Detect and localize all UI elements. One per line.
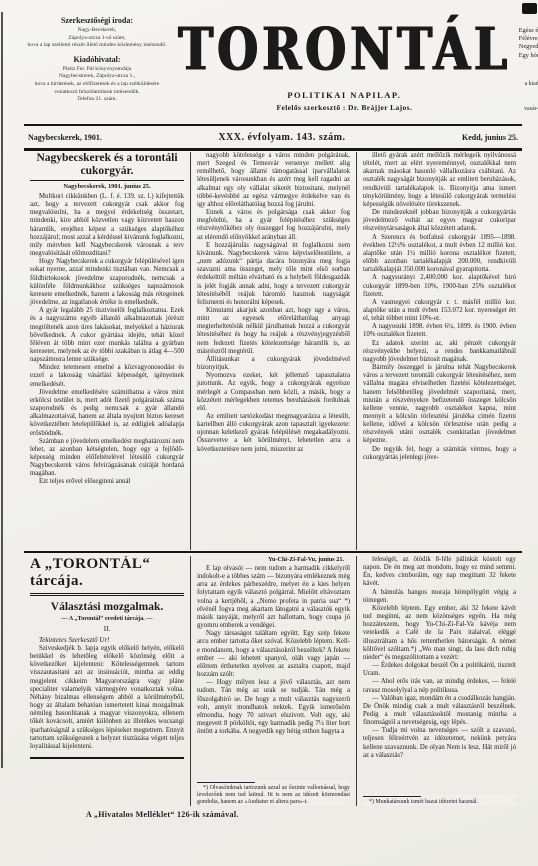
subscription-block: Előfizetési árak: Egész évre 24 kor. Fél…	[519, 8, 538, 122]
feuilleton-subtitle: — A „Torontál“ eredeti tárcája. —	[30, 615, 184, 622]
paragraph: Nagy-Becskerek,	[24, 27, 170, 35]
paragraph: illető gyárak azért mellőzik mérlegeik n…	[363, 152, 516, 209]
paragraph: De tegyük fel, hogy a számitás vérmes, h…	[363, 446, 516, 462]
paragraph: — Hogy milyen lesz a jövő választás, azt…	[197, 679, 350, 736]
paragraph: E hozzájárulás nagyságával itt foglalkoz…	[197, 242, 350, 307]
feuilleton-col2: Yu-Chi-Zi-Fal-Vu, junius 21. E lap olvas…	[190, 556, 356, 806]
paragraph: Kimutatni akarjuk azonban azt, hogy ugy …	[197, 307, 350, 356]
subscription-row: Negyedévre 6 „	[519, 43, 538, 51]
appears-text: vasár- és ünnepnapok kivételével mindenn…	[519, 106, 538, 120]
subscription-row: Egész évre 24 kor.	[519, 27, 538, 35]
lead-article-dateline: Nagybecskerek, 1901. junius 25.	[30, 183, 184, 190]
newspaper-page: Szerkesztőségi iroda: Nagy-Becskerek,Záp…	[0, 0, 538, 866]
paragraph: A Szerencs és botfalusi cukorgyár 1895—1…	[363, 234, 516, 275]
footnote: *) Olvasóinknak tartozunk azzal az őszin…	[197, 780, 350, 806]
dateline-issue: XXX. évfolyam. 143. szám.	[218, 132, 345, 143]
lead-article-col3-text: illető gyárak azért mellőzik mérlegeik n…	[363, 152, 516, 462]
lead-article-col1-text: Multkori cikkünkben (L. f. é. 139. sz. l…	[30, 193, 184, 487]
paragraph: Multkori cikkünkben (L. f. é. 139. sz. l…	[30, 193, 184, 258]
paragraph: Állitásunkat a cukorgyárak jövedelmével …	[197, 356, 350, 372]
sub-label: Egy hóra	[519, 52, 538, 60]
subscription-row: Egy hóra 2 „	[519, 52, 538, 60]
paragraph: — Tudja mi volna nevetséges — szólt a sz…	[363, 727, 516, 760]
feuilleton-dateline: Yu-Chi-Zi-Fal-Vu, junius 21.	[197, 556, 350, 563]
feuilleton-part-number: II.	[30, 625, 184, 633]
paragraph: A gyár legalább 25 tisztviselőt foglalko…	[30, 307, 184, 364]
lead-article-col2: nagyobb kötelessége a város minden polgá…	[190, 152, 356, 550]
masthead-center: TORONTÁL POLITIKAI NAPILAP. Felelős szer…	[178, 8, 511, 122]
paragraph: Ez adatok szerint az, aki pénzét cukorgy…	[363, 340, 516, 364]
paragraph: Jövedelme emelkedésére számithatna a vár…	[30, 389, 184, 438]
feuilleton-col1-text: Sziveskedjék b. lapja egyik előkelő hely…	[30, 645, 184, 751]
ads-text: a kiadóhivatalban fogadtatnak el, ugyszi…	[519, 81, 538, 95]
paragraph: Nagybecskerek, Zápolya-utcza 1.,	[24, 73, 170, 81]
paper-subtitle: POLITIKAI NAPILAP.	[178, 90, 511, 100]
paragraph: hova a lap szellemi részét illető minden…	[24, 42, 170, 50]
sub-label: Félévre	[519, 35, 538, 43]
paragraph: A vasmegyei cukorgyár r. t. másfél milli…	[363, 299, 516, 323]
publisher-info: Pleitz Fer. Pál könyvnyomdájaNagybecsker…	[24, 66, 170, 104]
dateline-date: Kedd, junius 25.	[462, 133, 518, 142]
paragraph: Telefon 21. szám.	[24, 96, 170, 104]
sub-label: Egész évre	[519, 27, 538, 35]
feuilleton-section-title: A „TORONTÁL“ tárcája.	[30, 556, 184, 596]
ads-title: Hirdetések	[519, 73, 538, 81]
editorial-office-block: Szerkesztőségi iroda: Nagy-Becskerek,Záp…	[24, 8, 170, 122]
feuilleton-salutation: Tekintetes Szerkesztő Ur!	[30, 636, 184, 644]
paragraph: Ennek a város és polgársága csak akkor f…	[197, 209, 350, 242]
paragraph: Sziveskedjék b. lapja egyik előkelő hely…	[30, 645, 184, 751]
feuilleton-col3: feleségét, az ötödik 8-féle pálinkát kós…	[356, 556, 522, 806]
paragraph: — Érdekes dolgokat beszél Ön a politikár…	[363, 662, 516, 678]
paragraph: hova a hirdetések, az előfizetések és a …	[24, 81, 170, 96]
appears-title: Megjelenik	[519, 99, 538, 107]
lead-article-title: Nagybecskerek és a torontáli cukorgyár.	[30, 152, 184, 181]
paragraph: Bármily összeggel is járulna tehát Nagyb…	[363, 364, 516, 446]
paragraph: Ezt teljes erővel elősegiteni annál	[30, 478, 184, 486]
single-copy-price: — Egyes szám ára 8 fill. —	[519, 62, 538, 70]
paragraph: Pleitz Fer. Pál könyvnyomdája	[24, 66, 170, 74]
lead-article-col3: illető gyárak azért mellőzik mérlegeik n…	[356, 152, 522, 550]
lead-article-col2-text: nagyobb kötelessége a város minden polgá…	[197, 152, 350, 454]
lead-article: Nagybecskerek és a torontáli cukorgyár. …	[24, 152, 522, 550]
paragraph: Nyomozva ezeket, két jellemző tapasztala…	[197, 372, 350, 413]
feuilleton-col2-text: E lap olvasói — nem tudom a harmadik cik…	[197, 565, 350, 736]
section-divider-rule	[24, 551, 522, 553]
paragraph: — Valóban igaz, mondám én a csodálkozás …	[363, 695, 516, 728]
feuilleton: A „TORONTÁL“ tárcája. Választási mozgalm…	[24, 556, 522, 806]
footnote: *) Munkatársunk ismét hazai idézetet has…	[363, 794, 516, 806]
feuilleton-col3-text: feleségét, az ötödik 8-féle pálinkát kós…	[363, 556, 516, 760]
editor-line: Felelős szerkesztő : Dr. Brájjer Lajos.	[178, 103, 511, 112]
office-title: Szerkesztőségi iroda:	[24, 16, 170, 26]
paragraph: — Ahol erős irás van, az mindig érdekes,…	[363, 678, 516, 694]
paragraph: A bámulás hangos moraja hömpölygött végi…	[363, 589, 516, 605]
footnote-text: *) Munkatársunk ismét hazai idézetet has…	[363, 799, 516, 806]
paragraph: nagyobb kötelessége a város minden polgá…	[197, 152, 350, 209]
paragraph: Mindez tetemesen emelné a közvagyonosodá…	[30, 364, 184, 388]
paragraph: A nagysurányi 2,400.000 kor. alaptőkével…	[363, 274, 516, 298]
paper-title: TORONTÁL	[178, 22, 511, 80]
paragraph: Hogy Nagybecskerek a cukorgyár felépülés…	[30, 258, 184, 307]
paragraph: Zápolya-utcza 1-ső szám,	[24, 35, 170, 43]
masthead: Szerkesztőségi iroda: Nagy-Becskerek,Záp…	[24, 8, 522, 122]
subscription-row: Félévre 12 „	[519, 35, 538, 43]
paragraph: E lap olvasói — nem tudom a harmadik cik…	[197, 565, 350, 630]
footnote-text: *) Olvasóinknak tartozunk azzal az őszin…	[197, 785, 350, 806]
paragraph: A nagyosuki 1898. évben 6¼, 1899. és 190…	[363, 323, 516, 339]
publisher-title: Kiadóhivatal:	[24, 55, 170, 65]
supplement-note: A „Hivatalos Melléklet“ 126-ik számával.	[86, 810, 239, 819]
paragraph: De mindezeknél jobban bizonyitják a cuko…	[363, 209, 516, 233]
paragraph: Nagy társaságot találtam együtt. Egy szé…	[197, 630, 350, 679]
feuilleton-col1: A „TORONTÁL“ tárcája. Választási mozgalm…	[24, 556, 190, 806]
paragraph: feleségét, az ötödik 8-féle pálinkát kós…	[363, 556, 516, 589]
paragraph: Számban e jövedelem emelkedést meghatáro…	[30, 438, 184, 479]
office-address: Nagy-Becskerek,Zápolya-utcza 1-ső szám,h…	[24, 27, 170, 50]
feuilleton-title: Választási mozgalmak.	[30, 601, 184, 613]
column-end-rule	[30, 757, 184, 759]
paragraph: Az emlitett tartózkodást megmagyarázza a…	[197, 413, 350, 454]
subscription-title: Előfizetési árak:	[519, 16, 538, 26]
dateline-bar: Nagybecskerek, 1901. XXX. évfolyam. 143.…	[24, 124, 522, 151]
paragraph: Közelebb léptem. Egy ember, aki 32 feket…	[363, 605, 516, 662]
sub-label: Negyedévre	[519, 43, 538, 51]
lead-article-col1: Nagybecskerek és a torontáli cukorgyár. …	[24, 152, 190, 550]
dateline-place: Nagybecskerek, 1901.	[28, 133, 102, 142]
scan-edge-artifact	[1, 12, 3, 768]
